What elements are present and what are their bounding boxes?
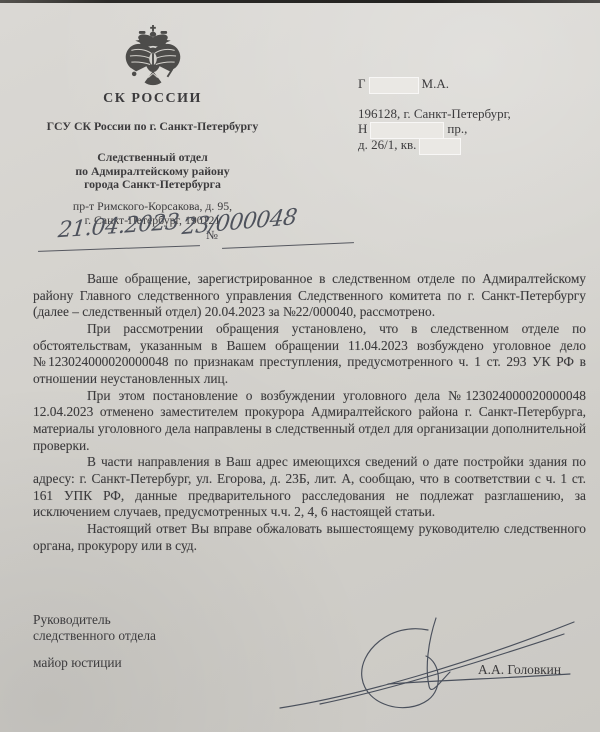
scanned-letter-page: СК РОССИИ ГСУ СК России по г. Санкт-Пете…	[0, 0, 600, 732]
handwritten-date: 21.04.2023	[57, 210, 180, 244]
org-directorate: ГСУ СК России по г. Санкт-Петербургу	[10, 119, 295, 134]
date-underline	[38, 245, 200, 252]
addressee-initials: М.А.	[422, 76, 449, 91]
handwritten-outgoing-number: 23/000048	[181, 205, 299, 240]
paragraph-4: В части направления в Ваш адрес имеющихс…	[33, 454, 586, 521]
coat-of-arms-eagle-icon	[122, 24, 184, 88]
redaction-box	[369, 77, 419, 94]
house-number: д. 26/1, кв.	[358, 137, 416, 152]
department-line-3: города Санкт-Петербурга	[10, 178, 295, 192]
paragraph-2: При рассмотрении обращения установлено, …	[33, 321, 586, 388]
redaction-box	[419, 138, 461, 155]
street-initial: Н	[358, 121, 367, 136]
signature-autograph	[278, 610, 578, 722]
redaction-box	[370, 122, 444, 139]
addressee-street-line: Нпр.,	[358, 121, 467, 139]
org-name: СК РОССИИ	[10, 91, 295, 107]
signer-title-line-1: Руководитель	[33, 612, 156, 628]
addressee-house-line: д. 26/1, кв.	[358, 137, 464, 155]
department-name: Следственный отдел по Адмиралтейскому ра…	[10, 151, 295, 192]
scan-edge	[0, 0, 600, 3]
department-line-2: по Адмиралтейскому району	[10, 165, 295, 179]
letterhead: СК РОССИИ ГСУ СК России по г. Санкт-Пете…	[10, 24, 295, 227]
signer-rank: майор юстиции	[33, 655, 122, 671]
number-underline	[222, 242, 354, 249]
signer-title-line-2: следственного отдела	[33, 628, 156, 644]
letter-body: Ваше обращение, зарегистрированное в сле…	[33, 271, 586, 554]
reference-line: 21.04.2023 № 23/000048	[30, 208, 370, 258]
street-suffix: пр.,	[447, 121, 467, 136]
addressee-postal-line: 196128, г. Санкт-Петербург,	[358, 106, 511, 122]
department-line-1: Следственный отдел	[10, 151, 295, 165]
paragraph-5: Настоящий ответ Вы вправе обжаловать выш…	[33, 521, 586, 554]
paragraph-1: Ваше обращение, зарегистрированное в сле…	[33, 271, 586, 321]
addressee-surname-initial: Г	[358, 76, 366, 91]
paragraph-3: При этом постановление о возбуждении уго…	[33, 388, 586, 455]
signer-title: Руководитель следственного отдела	[33, 612, 156, 644]
addressee-name: ГМ.А.	[358, 76, 449, 94]
